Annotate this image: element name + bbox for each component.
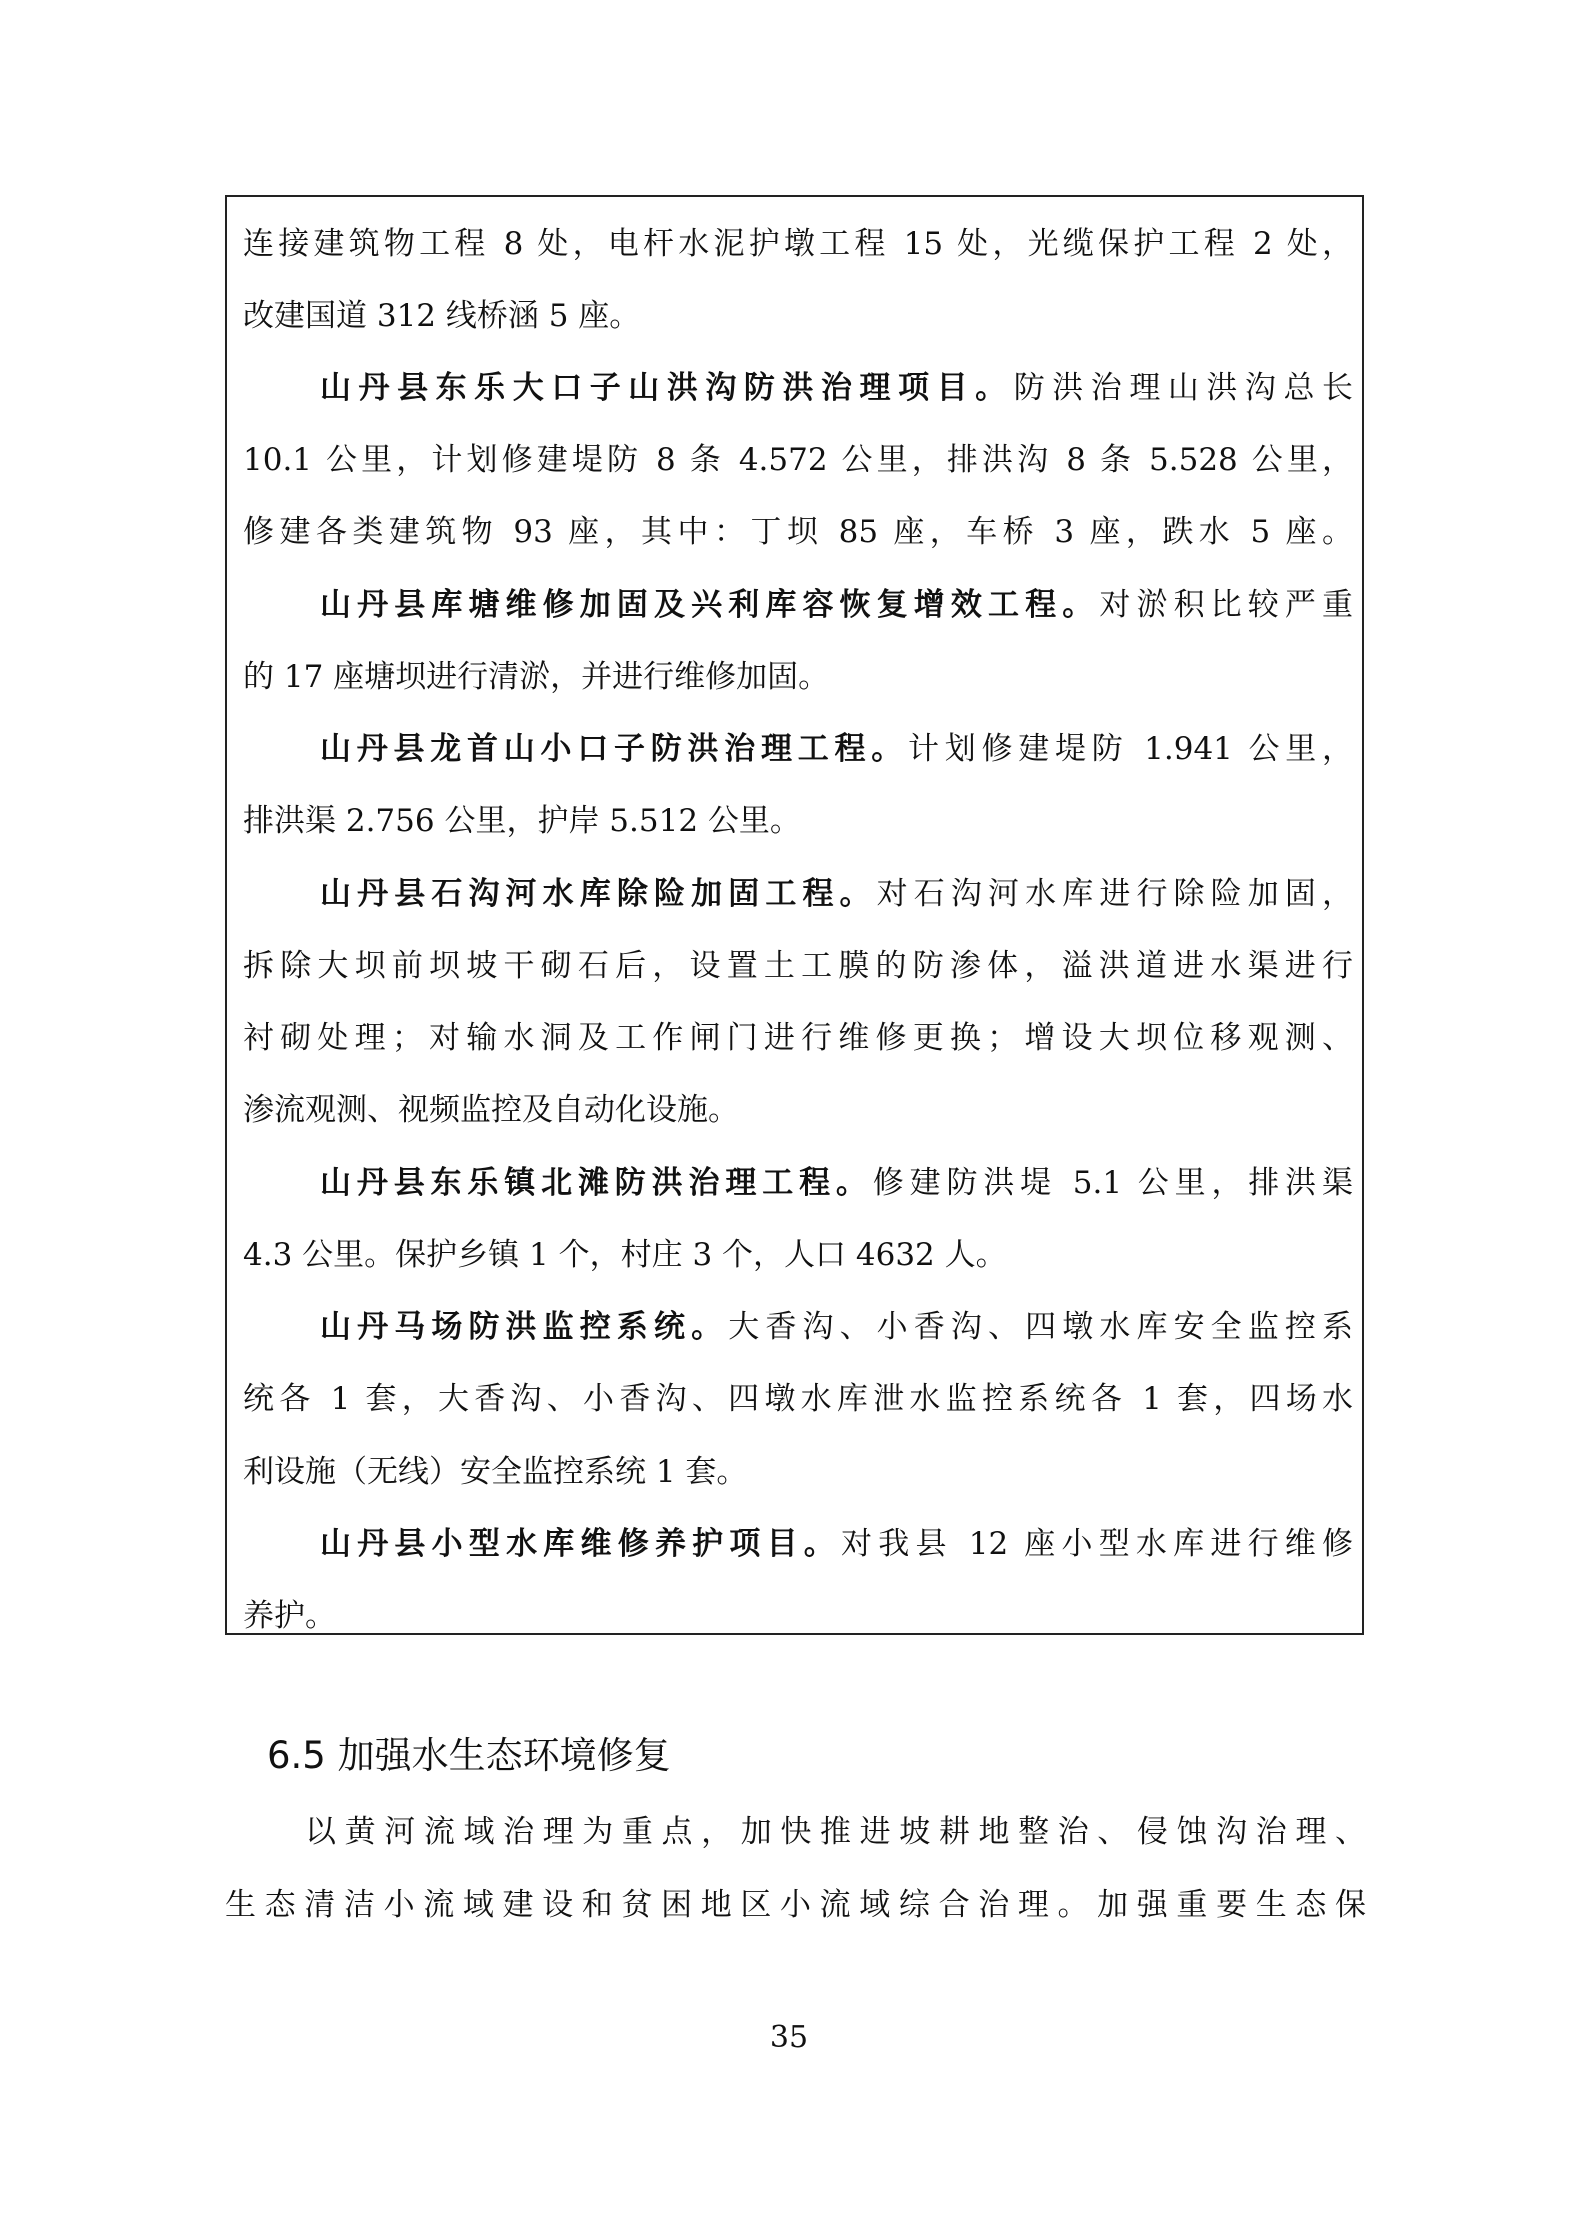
box-text: 10.1 公里，计划修建堤防 8 条 4.572 公里，排洪沟 8 条 5.52… xyxy=(243,442,1353,478)
box-line: 山丹县东乐镇北滩防洪治理工程。修建防洪堤 5.1 公里，排洪渠 xyxy=(320,1147,1353,1219)
box-text: 对淤积比较严重 xyxy=(1099,587,1353,623)
project-title: 山丹县东乐大口子山洪沟防洪治理项目。 xyxy=(320,370,1014,406)
box-line: 10.1 公里，计划修建堤防 8 条 4.572 公里，排洪沟 8 条 5.52… xyxy=(243,424,1353,496)
section-heading: 6.5 加强水生态环境修复 xyxy=(267,1726,671,1786)
project-list-box: 连接建筑物工程 8 处，电杆水泥护墩工程 15 处，光缆保护工程 2 处， 改建… xyxy=(225,195,1364,1635)
box-line: 山丹县东乐大口子山洪沟防洪治理项目。防洪治理山洪沟总长 xyxy=(320,352,1353,424)
box-text: 拆除大坝前坝坡干砌石后，设置土工膜的防渗体，溢洪道进水渠进行 xyxy=(243,948,1353,984)
body-line: 生态清洁小流域建设和贫困地区小流域综合治理。加强重要生态保 xyxy=(225,1869,1366,1941)
box-line: 渗流观测、视频监控及自动化设施。 xyxy=(243,1074,1353,1146)
box-line: 衬砌处理；对输水洞及工作闸门进行维修更换；增设大坝位移观测、 xyxy=(243,1002,1353,1074)
box-text: 对我县 12 座小型水库进行维修 xyxy=(841,1526,1353,1562)
box-text: 对石沟河水库进行除险加固， xyxy=(877,876,1353,912)
box-line: 排洪渠 2.756 公里，护岸 5.512 公里。 xyxy=(243,785,1353,857)
body-line: 以黄河流域治理为重点，加快推进坡耕地整治、侵蚀沟治理、 xyxy=(305,1796,1366,1868)
box-text: 防洪治理山洪沟总长 xyxy=(1014,370,1353,406)
project-title: 山丹马场防洪监控系统。 xyxy=(320,1309,728,1345)
project-title: 山丹县龙首山小口子防洪治理工程。 xyxy=(320,731,908,767)
box-text: 改建国道 312 线桥涵 5 座。 xyxy=(243,298,640,334)
box-text: 4.3 公里。保护乡镇 1 个，村庄 3 个，人口 4632 人。 xyxy=(243,1237,1007,1273)
box-text: 排洪渠 2.756 公里，护岸 5.512 公里。 xyxy=(243,803,801,839)
project-title: 山丹县石沟河水库除险加固工程。 xyxy=(320,876,877,912)
box-line: 山丹县小型水库维修养护项目。对我县 12 座小型水库进行维修 xyxy=(320,1508,1353,1580)
box-text: 渗流观测、视频监控及自动化设施。 xyxy=(243,1092,739,1128)
box-line: 山丹马场防洪监控系统。大香沟、小香沟、四墩水库安全监控系 xyxy=(320,1291,1353,1363)
body-text: 以黄河流域治理为重点，加快推进坡耕地整治、侵蚀沟治理、 xyxy=(305,1814,1366,1850)
box-text: 修建防洪堤 5.1 公里，排洪渠 xyxy=(873,1165,1353,1201)
page-number: 35 xyxy=(0,2018,1578,2058)
box-text: 统各 1 套，大香沟、小香沟、四墩水库泄水监控系统各 1 套，四场水 xyxy=(243,1381,1353,1417)
box-text: 修建各类建筑物 93 座，其中：丁坝 85 座，车桥 3 座，跌水 5 座。 xyxy=(243,514,1353,550)
box-line: 修建各类建筑物 93 座，其中：丁坝 85 座，车桥 3 座，跌水 5 座。 xyxy=(243,496,1353,568)
box-text: 的 17 座塘坝进行清淤，并进行维修加固。 xyxy=(243,659,829,695)
box-line: 山丹县石沟河水库除险加固工程。对石沟河水库进行除险加固， xyxy=(320,858,1353,930)
project-title: 山丹县小型水库维修养护项目。 xyxy=(320,1526,841,1562)
box-line: 的 17 座塘坝进行清淤，并进行维修加固。 xyxy=(243,641,1353,713)
box-text: 连接建筑物工程 8 处，电杆水泥护墩工程 15 处，光缆保护工程 2 处， xyxy=(243,226,1353,262)
project-title: 山丹县库塘维修加固及兴利库容恢复增效工程。 xyxy=(320,587,1099,623)
box-text: 大香沟、小香沟、四墩水库安全监控系 xyxy=(728,1309,1353,1345)
project-title: 山丹县东乐镇北滩防洪治理工程。 xyxy=(320,1165,873,1201)
box-line: 4.3 公里。保护乡镇 1 个，村庄 3 个，人口 4632 人。 xyxy=(243,1219,1353,1291)
box-line: 山丹县库塘维修加固及兴利库容恢复增效工程。对淤积比较严重 xyxy=(320,569,1353,641)
box-line: 连接建筑物工程 8 处，电杆水泥护墩工程 15 处，光缆保护工程 2 处， xyxy=(243,208,1353,280)
box-text: 养护。 xyxy=(243,1598,336,1634)
box-line: 统各 1 套，大香沟、小香沟、四墩水库泄水监控系统各 1 套，四场水 xyxy=(243,1363,1353,1435)
box-text: 利设施（无线）安全监控系统 1 套。 xyxy=(243,1454,747,1490)
box-text: 计划修建堤防 1.941 公里， xyxy=(908,731,1353,767)
box-text: 衬砌处理；对输水洞及工作闸门进行维修更换；增设大坝位移观测、 xyxy=(243,1020,1353,1056)
box-line: 养护。 xyxy=(243,1580,1353,1652)
box-line: 拆除大坝前坝坡干砌石后，设置土工膜的防渗体，溢洪道进水渠进行 xyxy=(243,930,1353,1002)
body-text: 生态清洁小流域建设和贫困地区小流域综合治理。加强重要生态保 xyxy=(225,1887,1366,1923)
box-line: 利设施（无线）安全监控系统 1 套。 xyxy=(243,1436,1353,1508)
box-line: 山丹县龙首山小口子防洪治理工程。计划修建堤防 1.941 公里， xyxy=(320,713,1353,785)
box-line: 改建国道 312 线桥涵 5 座。 xyxy=(243,280,1353,352)
